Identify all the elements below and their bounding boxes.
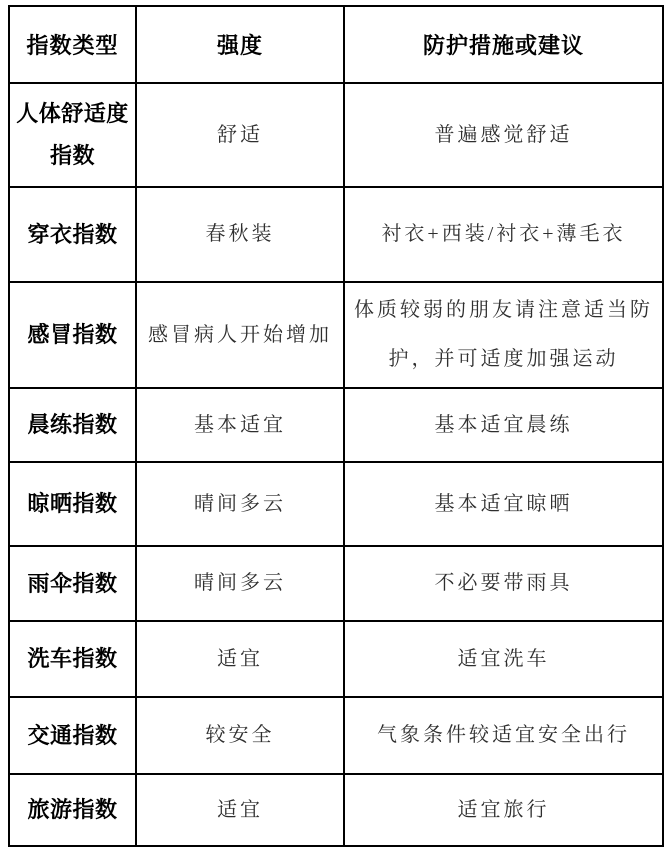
advice-cell: 基本适宜晾晒 — [344, 462, 663, 546]
strength-cell: 感冒病人开始增加 — [136, 282, 344, 388]
table-row: 穿衣指数 春秋装 衬衣+西装/衬衣+薄毛衣 — [9, 187, 663, 282]
column-header-advice: 防护措施或建议 — [344, 6, 663, 83]
index-type-cell: 雨伞指数 — [9, 546, 136, 621]
advice-cell: 普遍感觉舒适 — [344, 83, 663, 187]
index-type-cell: 交通指数 — [9, 697, 136, 774]
strength-cell: 晴间多云 — [136, 462, 344, 546]
index-type-cell: 人体舒适度 指数 — [9, 83, 136, 187]
table-row: 洗车指数 适宜 适宜洗车 — [9, 621, 663, 697]
advice-cell: 适宜旅行 — [344, 774, 663, 846]
advice-cell: 基本适宜晨练 — [344, 388, 663, 462]
advice-cell: 体质较弱的朋友请注意适当防 护，并可适度加强运动 — [344, 282, 663, 388]
index-type-cell: 穿衣指数 — [9, 187, 136, 282]
table-row: 晾晒指数 晴间多云 基本适宜晾晒 — [9, 462, 663, 546]
index-type-cell: 感冒指数 — [9, 282, 136, 388]
table-row: 交通指数 较安全 气象条件较适宜安全出行 — [9, 697, 663, 774]
strength-cell: 春秋装 — [136, 187, 344, 282]
advice-cell: 不必要带雨具 — [344, 546, 663, 621]
indices-table: 指数类型 强度 防护措施或建议 人体舒适度 指数 舒适 普遍感觉舒适 穿衣指数 … — [8, 5, 664, 847]
advice-cell: 气象条件较适宜安全出行 — [344, 697, 663, 774]
index-type-cell: 洗车指数 — [9, 621, 136, 697]
index-type-cell: 旅游指数 — [9, 774, 136, 846]
strength-cell: 基本适宜 — [136, 388, 344, 462]
strength-cell: 适宜 — [136, 774, 344, 846]
column-header-strength: 强度 — [136, 6, 344, 83]
table-row: 雨伞指数 晴间多云 不必要带雨具 — [9, 546, 663, 621]
index-type-cell: 晾晒指数 — [9, 462, 136, 546]
column-header-index-type: 指数类型 — [9, 6, 136, 83]
strength-cell: 适宜 — [136, 621, 344, 697]
table-row: 旅游指数 适宜 适宜旅行 — [9, 774, 663, 846]
strength-cell: 较安全 — [136, 697, 344, 774]
weather-indices-page: 指数类型 强度 防护措施或建议 人体舒适度 指数 舒适 普遍感觉舒适 穿衣指数 … — [0, 0, 668, 854]
strength-cell: 舒适 — [136, 83, 344, 187]
advice-cell: 衬衣+西装/衬衣+薄毛衣 — [344, 187, 663, 282]
header-row: 指数类型 强度 防护措施或建议 — [9, 6, 663, 83]
table-row: 人体舒适度 指数 舒适 普遍感觉舒适 — [9, 83, 663, 187]
strength-cell: 晴间多云 — [136, 546, 344, 621]
index-type-cell: 晨练指数 — [9, 388, 136, 462]
advice-cell: 适宜洗车 — [344, 621, 663, 697]
table-row: 晨练指数 基本适宜 基本适宜晨练 — [9, 388, 663, 462]
table-row: 感冒指数 感冒病人开始增加 体质较弱的朋友请注意适当防 护，并可适度加强运动 — [9, 282, 663, 388]
